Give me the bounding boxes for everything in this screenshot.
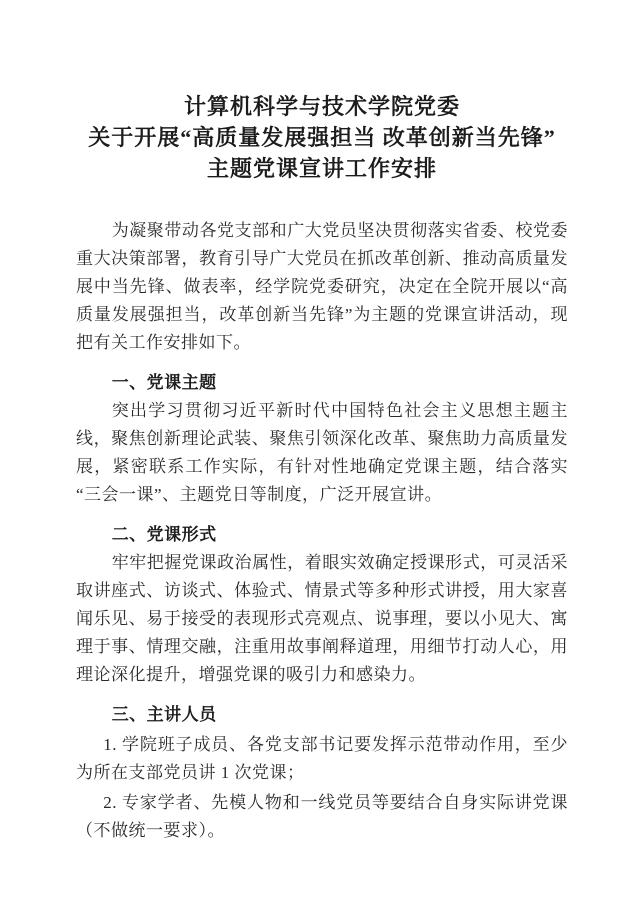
document-title: 计算机科学与技术学院党委 关于开展“高质量发展强担当 改革创新当先锋” 主题党课… [76, 15, 568, 184]
title-line-2: 关于开展“高质量发展强担当 改革创新当先锋” [76, 122, 568, 153]
section-3-item-1: 1. 学院班子成员、各党支部书记要发挥示范带动作用，至少为所在支部党员讲 1 次… [76, 731, 568, 787]
section-3-heading: 三、主讲人员 [76, 701, 568, 729]
section-2-heading: 二、党课形式 [76, 521, 568, 549]
section-3-item-2: 2. 专家学者、先模人物和一线党员等要结合自身实际讲党课（不做统一要求）。 [76, 789, 568, 845]
intro-paragraph: 为凝聚带动各党支部和广大党员坚决贯彻落实省委、校党委重大决策部署，教育引导广大党… [76, 217, 568, 357]
document-page: 计算机科学与技术学院党委 关于开展“高质量发展强担当 改革创新当先锋” 主题党课… [0, 0, 639, 905]
section-1-heading: 一、党课主题 [76, 369, 568, 397]
section-2-body: 牢牢把握党课政治属性，着眼实效确定授课形式，可灵活采取讲座式、访谈式、体验式、情… [76, 549, 568, 689]
document-content: 计算机科学与技术学院党委 关于开展“高质量发展强担当 改革创新当先锋” 主题党课… [76, 15, 568, 845]
title-line-3: 主题党课宣讲工作安排 [76, 153, 568, 184]
section-1-body: 突出学习贯彻习近平新时代中国特色社会主义思想主题主线，聚焦创新理论武装、聚焦引领… [76, 397, 568, 509]
title-line-1: 计算机科学与技术学院党委 [76, 91, 568, 122]
